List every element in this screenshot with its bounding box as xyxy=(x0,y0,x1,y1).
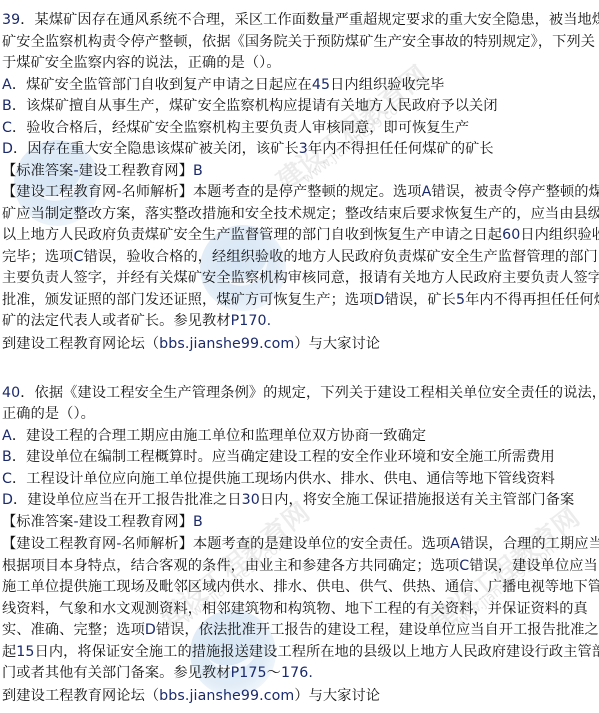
analysis-line: 起15日内，将保证安全施工的措施报送建设工程所在地的县级以上地方人民政府建设行政… xyxy=(2,642,599,663)
latin-text: 15 xyxy=(16,644,34,660)
question-stem-line: 于煤矿安全监察内容的说法，正确的是（）。 xyxy=(2,53,281,74)
latin-text: D xyxy=(2,492,13,508)
latin-text: bbs.jianshe99.com xyxy=(159,688,294,704)
question-stem-line: 正确的是（）。 xyxy=(2,404,95,425)
document-page: 建设工程教育网 www.jianshe99.com 建设工程教育网 www.ji… xyxy=(0,0,599,713)
analysis-line: 门或者其他有关部门备案。参见教材P175～176. xyxy=(2,663,313,684)
analysis-line: 主要负责人签字，并经有关煤矿安全监察机构审核同意，报请有关地方人民政府主要负责人… xyxy=(2,268,599,289)
latin-text: 60 xyxy=(502,227,520,243)
option-d: D．建设单位应当在开工报告批准之日30日内，将安全施工保证措施报送有关主管部门备… xyxy=(2,490,574,511)
analysis-line: 批准，颁发证照的部门发还证照，煤矿方可恢复生产；选项D错误，矿长5年内不得再担任… xyxy=(2,290,599,311)
latin-text: 176. xyxy=(281,665,313,681)
latin-text: P170. xyxy=(231,313,272,329)
option-b: B．该煤矿擅自从事生产，煤矿安全监察机构应提请有关地方人民政府予以关闭 xyxy=(2,96,498,117)
latin-text: C xyxy=(2,471,12,487)
standard-answer: 【标准答案-建设工程教育网】B xyxy=(2,512,203,533)
latin-text: 3 xyxy=(299,141,308,157)
analysis-line: 完毕；选项C错误，验收合格的，经组织验收的地方人民政府负责煤矿安全生产监督管理的… xyxy=(2,247,599,268)
analysis-line: 实、准确、完整；选项D错误，依法批准开工报告的建设工程，建设单位应当自开工报告批… xyxy=(2,620,599,641)
latin-text: 30 xyxy=(242,492,260,508)
latin-text: - xyxy=(116,184,121,200)
latin-text: 5 xyxy=(456,292,465,308)
option-a: A．建设工程的合理工期应由施工单位和监理单位双方协商一致确定 xyxy=(2,426,426,447)
analysis-line: 线资料，气象和水文观测资料，相邻建筑物和构筑物、地下工程的有关资料，并保证资料的… xyxy=(2,599,588,620)
option-b: B．建设单位在编制工程概算时。应当确定建设工程的安全作业环境和安全施工所需费用 xyxy=(2,447,555,468)
latin-text: 45 xyxy=(312,77,330,93)
analysis-line: 【建设工程教育网-名师解析】本题考查的是停产整顿的规定。选项A错误，被责令停产整… xyxy=(2,182,599,203)
latin-text: C xyxy=(2,120,12,136)
latin-text: - xyxy=(73,163,78,179)
latin-text: B xyxy=(2,449,12,465)
analysis-line: 根据项目本身特点，结合客观的条件，由业主和参建各方共同确定；选项C错误，建设单位… xyxy=(2,556,599,577)
latin-text: 39 xyxy=(2,12,20,28)
question-stem-line: 40．依据《建设工程安全生产管理条例》的规定，下列关于建设工程相关单位安全责任的… xyxy=(2,383,599,404)
analysis-line: 【建设工程教育网-名师解析】本题考查的是建设单位的安全责任。选项A错误，合理的工… xyxy=(2,534,599,555)
latin-text: - xyxy=(73,514,78,530)
latin-text: B xyxy=(193,163,203,179)
option-a: A．煤矿安全监管部门自收到复产申请之日起应在45日内组织验收完毕 xyxy=(2,75,444,96)
latin-text: C xyxy=(459,558,469,574)
latin-text: C xyxy=(73,249,83,265)
latin-text: D xyxy=(145,622,156,638)
latin-text: A xyxy=(450,536,460,552)
analysis-line: 矿应当制定整改方案，落实整改措施和安全技术规定；整改结束后要求恢复生产的，应当由… xyxy=(2,204,599,225)
option-d: D．因存在重大安全隐患该煤矿被关闭，该矿长3年内不得担任任何煤矿的矿长 xyxy=(2,139,494,160)
option-c: C．验收合格后，经煤矿安全监察机构主要负责人审核同意，即可恢复生产 xyxy=(2,118,469,139)
forum-link[interactable]: 到建设工程教育网论坛（bbs.jianshe99.com）与大家讨论 xyxy=(2,334,380,355)
question-stem-line: 39．某煤矿因存在通风系统不合理，采区工作面数量严重超规定要求的重大安全隐患，被… xyxy=(2,10,599,31)
analysis-line: 矿的法定代表人或者矿长。参见教材P170. xyxy=(2,311,271,332)
latin-text: P175 xyxy=(231,665,267,681)
latin-text: - xyxy=(116,536,121,552)
option-c: C．工程设计单位应向施工单位提供施工现场内供水、排水、供电、通信等地下管线资料 xyxy=(2,469,555,490)
latin-text: D xyxy=(2,141,13,157)
latin-text: B xyxy=(193,514,203,530)
latin-text: A xyxy=(422,184,432,200)
latin-text: B xyxy=(2,98,12,114)
latin-text: A xyxy=(2,77,12,93)
standard-answer: 【标准答案-建设工程教育网】B xyxy=(2,161,203,182)
analysis-line: 以上地方人民政府负责煤矿安全生产监督管理的部门自收到恢复生产申请之日起60日内组… xyxy=(2,225,599,246)
question-stem-line: 矿安全监察机构责令停产整顿，依据《国务院关于预防煤矿生产安全事故的特别规定》，下… xyxy=(2,32,595,53)
latin-text: 40 xyxy=(2,385,20,401)
latin-text: D xyxy=(373,292,384,308)
analysis-line: 施工单位提供施工现场及毗邻区域内供水、排水、供电、供气、供热、通信、广播电视等地… xyxy=(2,577,599,598)
forum-link[interactable]: 到建设工程教育网论坛（bbs.jianshe99.com）与大家讨论 xyxy=(2,686,380,707)
latin-text: bbs.jianshe99.com xyxy=(159,336,294,352)
latin-text: A xyxy=(2,428,12,444)
